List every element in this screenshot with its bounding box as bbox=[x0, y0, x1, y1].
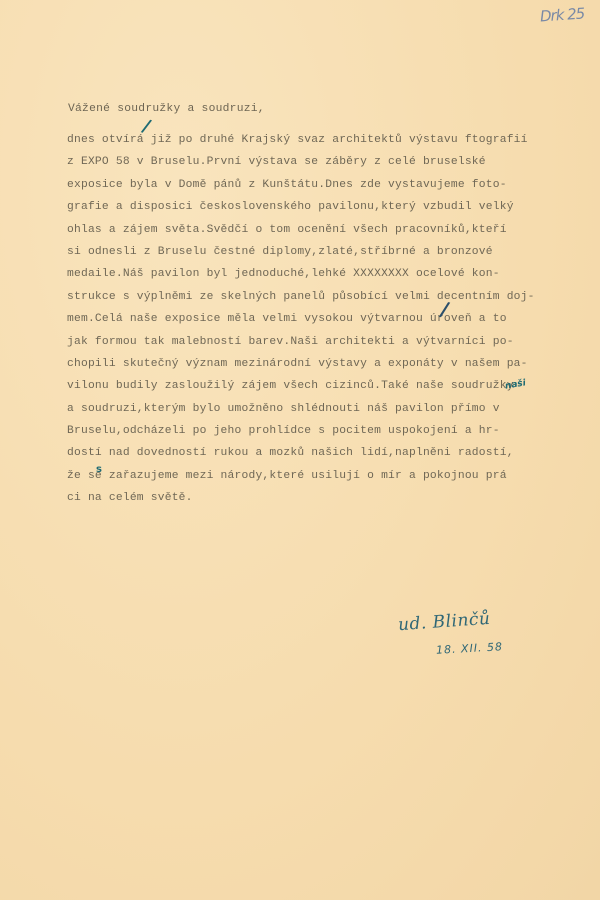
body-line: vilonu budily zasloužilý zájem všech ciz… bbox=[67, 375, 535, 397]
document-page: Drk 25 Vážené soudružky a soudruzi, dnes… bbox=[0, 0, 600, 900]
archive-mark: Drk 25 bbox=[539, 4, 584, 25]
body-line: a soudruzi,kterým bylo umožněno shlédnou… bbox=[67, 398, 535, 420]
body-line: grafie a disposici československého pavi… bbox=[67, 196, 535, 218]
signature-date: 18. XII. 58 bbox=[436, 640, 504, 656]
body-line: dnes otvírá již po druhé Krajský svaz ar… bbox=[67, 129, 535, 151]
body-line: jak formou tak malebností barev.Naši arc… bbox=[67, 331, 535, 353]
body-line: si odnesli z Bruselu čestné diplomy,zlat… bbox=[67, 241, 535, 263]
letter-body: dnes otvírá již po druhé Krajský svaz ar… bbox=[67, 129, 535, 510]
body-line: že se zařazujeme mezi národy,které usilu… bbox=[67, 465, 535, 487]
body-line: chopili skutečný význam mezinárodní výst… bbox=[67, 353, 535, 375]
pen-correction-insert: s bbox=[96, 464, 102, 475]
salutation: Vážené soudružky a soudruzi, bbox=[68, 103, 265, 115]
handwritten-signature: ud. Blinčů bbox=[397, 609, 491, 635]
body-line: mem.Celá naše exposice měla velmi vysoko… bbox=[67, 308, 535, 330]
body-line: dostí nad dovedností rukou a mozků našic… bbox=[67, 442, 535, 464]
body-line: ohlas a zájem světa.Svědčí o tom ocenění… bbox=[67, 219, 535, 241]
body-line: z EXPO 58 v Bruselu.První výstava se záb… bbox=[67, 151, 535, 173]
body-line: exposice byla v Domě pánů z Kunštátu.Dne… bbox=[67, 174, 535, 196]
body-line: strukce s výplněmi ze skelných panelů pů… bbox=[67, 286, 535, 308]
body-line: ci na celém světě. bbox=[67, 487, 535, 509]
body-line: Bruselu,odcházeli po jeho prohlídce s po… bbox=[67, 420, 535, 442]
body-line: medaile.Náš pavilon byl jednoduché,lehké… bbox=[67, 263, 535, 285]
